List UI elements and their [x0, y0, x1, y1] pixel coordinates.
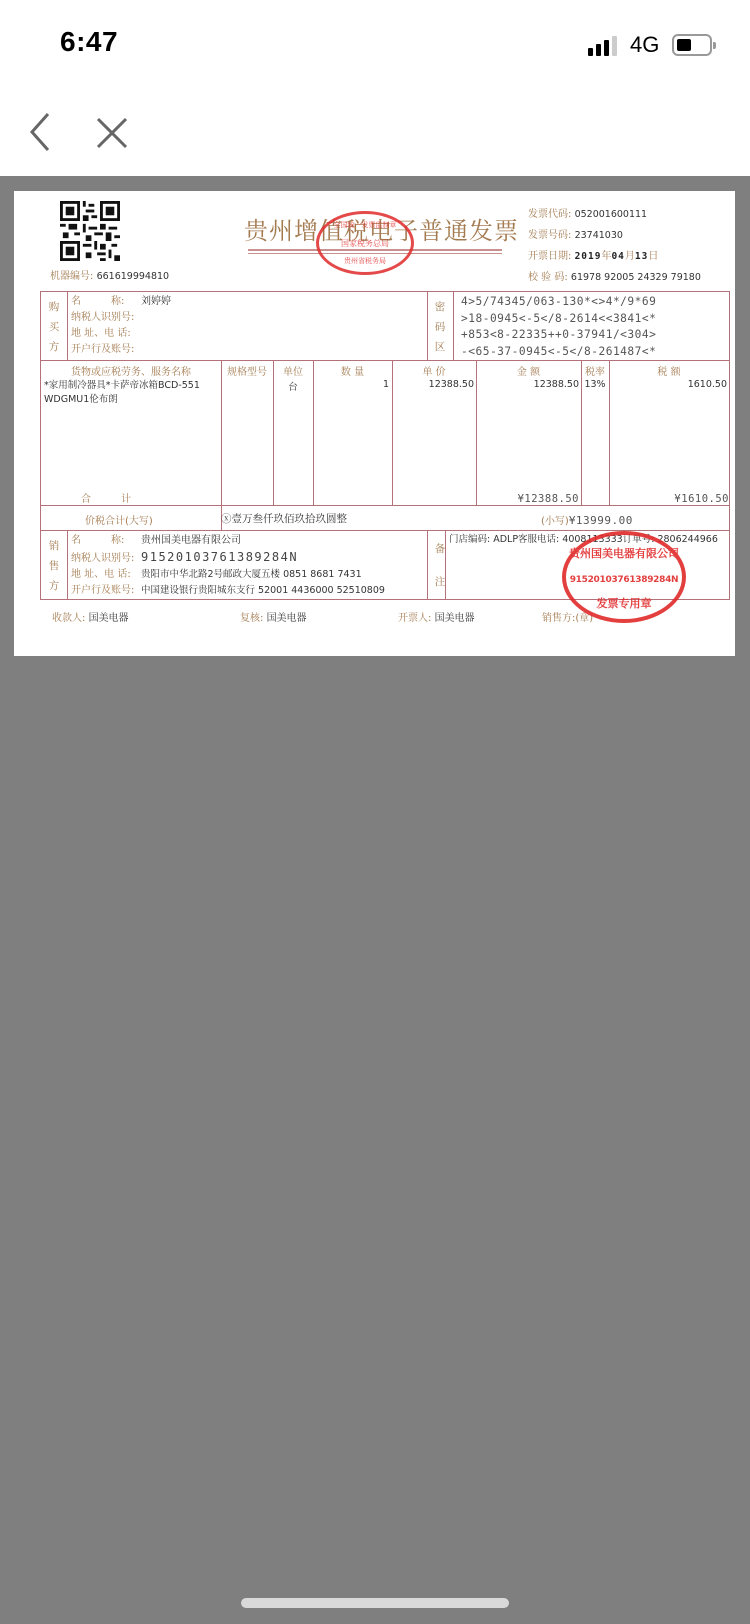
issuer: 开票人: 国美电器: [398, 609, 475, 624]
buyer-address: 地 址、电 话:: [71, 326, 171, 342]
nav-bar: [0, 88, 750, 176]
grand-total-caps: ⓧ壹万叁仟玖佰玖拾玖圆整: [221, 511, 347, 526]
header-qty: 数 量: [313, 363, 392, 378]
item-rate: 13%: [581, 379, 609, 390]
item-unit: 台: [273, 379, 313, 393]
back-button[interactable]: [20, 110, 64, 154]
issue-date: 开票日期: 2019年04月13日: [528, 246, 701, 267]
buyer-bank: 开户行及账号:: [71, 342, 171, 358]
close-button[interactable]: [90, 110, 134, 154]
buyer-fields: 名 称:刘婷婷 纳税人识别号: 地 址、电 话: 开户行及账号:: [71, 294, 171, 358]
signal-icon: [588, 34, 624, 56]
tax-bureau-stamp: 全国统一发票监制章 国家税务总局 贵州省税务局: [316, 211, 414, 275]
seller-fields: 名 称:贵州国美电器有限公司 纳税人识别号:91520103761389284N…: [71, 533, 385, 599]
total-amount: ¥12388.50: [476, 493, 579, 505]
total-label: 合计: [81, 490, 161, 505]
grand-total-label: 价税合计(大写): [85, 512, 153, 527]
buyer-side-label: 购买方: [41, 292, 67, 360]
total-tax: ¥1610.50: [609, 493, 729, 505]
header-price: 单 价: [392, 363, 476, 378]
header-spec: 规格型号: [221, 363, 273, 378]
buyer-section: 购买方 名 称:刘婷婷 纳税人识别号: 地 址、电 话: 开户行及账号: 密码区…: [41, 292, 729, 361]
status-bar: 6:47 4G: [0, 0, 750, 88]
invoice-header-info: 发票代码: 052001600111 发票号码: 23741030 开票日期: …: [528, 204, 701, 288]
seller-address: 地 址、电 话:贵阳市中华北路2号邮政大厦五楼 0851 8681 7431: [71, 567, 385, 583]
item-qty: 1: [313, 379, 389, 390]
home-indicator[interactable]: [241, 1598, 509, 1608]
seller-tax-id: 纳税人识别号:91520103761389284N: [71, 549, 385, 567]
company-invoice-stamp: 贵州国美电器有限公司 91520103761389284N 发票专用章: [562, 531, 686, 623]
seller-bank: 开户行及账号:中国建设银行贵阳城东支行 52001 4436000 525108…: [71, 583, 385, 599]
header-unit: 单位: [273, 363, 313, 378]
grand-total-small: (小写)¥13999.00: [541, 512, 633, 527]
header-amount: 金 额: [476, 363, 581, 378]
status-time: 6:47: [60, 26, 118, 58]
item-price: 12388.50: [392, 379, 474, 390]
payee: 收款人: 国美电器: [52, 609, 129, 624]
item-amount: 12388.50: [476, 379, 579, 390]
header-name: 货物或应税劳务、服务名称: [41, 363, 221, 378]
close-icon: [90, 110, 134, 154]
cipher-area: 4>5/74345/063-130*<>4*/9*69>18-0945<-5</…: [461, 294, 656, 360]
cipher-side-label: 密码区: [427, 292, 453, 360]
chevron-left-icon: [20, 110, 64, 154]
network-type: 4G: [630, 32, 659, 58]
reviewer: 复核: 国美电器: [240, 609, 307, 624]
buyer-name: 名 称:刘婷婷: [71, 294, 171, 310]
invoice-document[interactable]: 机器编号: 661619994810 贵州增值税电子普通发票 全国统一发票监制章…: [14, 191, 735, 656]
buyer-tax-id: 纳税人识别号:: [71, 310, 171, 326]
header-rate: 税率: [581, 363, 609, 378]
qr-code-icon: [60, 201, 120, 261]
seller-name: 名 称:贵州国美电器有限公司: [71, 533, 385, 549]
item-name: *家用制冷器具*卡萨帝冰箱BCD-551 WDGMU1伦布朗: [44, 379, 222, 407]
machine-number: 机器编号: 661619994810: [50, 267, 169, 282]
invoice-number: 发票号码: 23741030: [528, 225, 701, 246]
header-tax: 税 额: [609, 363, 729, 378]
item-tax: 1610.50: [609, 379, 727, 390]
items-section: 货物或应税劳务、服务名称 规格型号 单位 数 量 单 价 金 额 税率 税 额 …: [41, 361, 729, 506]
invoice-code: 发票代码: 052001600111: [528, 204, 701, 225]
check-code: 校 验 码: 61978 92005 24329 79180: [528, 267, 701, 288]
seller-side-label: 销售方: [41, 531, 67, 599]
battery-icon: [672, 34, 712, 56]
grand-total-row: 价税合计(大写) ⓧ壹万叁仟玖佰玖拾玖圆整 (小写)¥13999.00: [41, 506, 729, 531]
